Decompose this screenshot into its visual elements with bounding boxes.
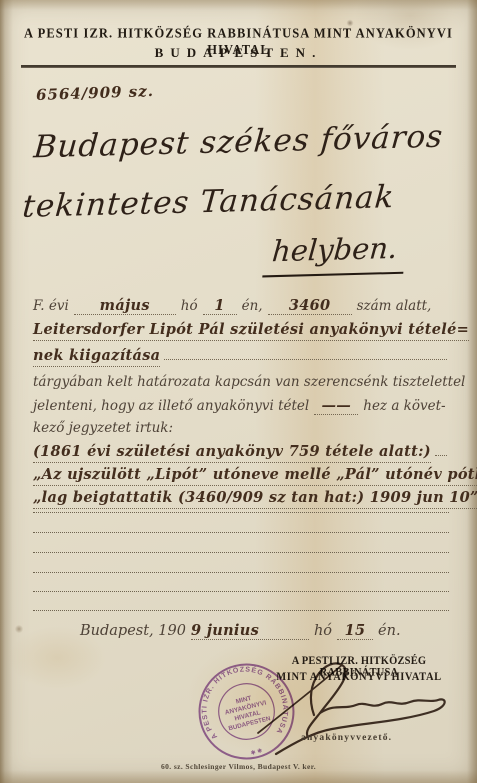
address-line1: Budapest székes főváros xyxy=(0,118,477,167)
registrar-signature xyxy=(224,655,460,761)
handwritten-subject-line2: nek kiigazítása xyxy=(33,347,160,367)
printed-f-evi: F. évi xyxy=(33,298,69,314)
printed-paragraph-3: kező jegyzetet irtuk: xyxy=(33,420,173,436)
handwritten-month: május xyxy=(74,297,176,315)
printed-paragraph-2a: jelenteni, hogy az illető anyakönyvi tét… xyxy=(33,398,309,414)
letterhead-line2: BUDAPESTEN. xyxy=(0,45,477,61)
ruled-line-rest xyxy=(435,455,447,456)
handwritten-subject-line1: Leitersdorfer Lipót Pál születési anyakö… xyxy=(33,321,469,341)
blank-ruled-line xyxy=(33,512,449,513)
ruled-line-rest xyxy=(164,359,447,360)
printed-en: én, xyxy=(242,298,263,314)
address-helyben: helyben. xyxy=(262,231,406,278)
form-row-printed-2: jelenteni, hogy az illető anyakönyvi tét… xyxy=(33,397,447,415)
signature-name-stroke xyxy=(276,699,445,754)
handwritten-note-line2: „Az ujszülött „Lipót” utóneve mellé „Pál… xyxy=(33,466,477,486)
signature-flourish-stroke xyxy=(258,665,342,733)
blank-ruled-line xyxy=(33,591,449,592)
form-row-date-number: F. évi május hó 1 én, 3460 szám alatt, xyxy=(33,297,447,315)
letterhead-rule xyxy=(21,65,456,68)
handwritten-dash-blank: —— xyxy=(314,397,358,415)
handwritten-year-month: 9 junius xyxy=(191,622,309,640)
blank-ruled-line xyxy=(33,532,449,533)
handwritten-case-number: 3460 xyxy=(268,297,352,315)
form-row-printed-1: tárgyában kelt határozata kapcsán van sz… xyxy=(33,374,447,390)
form-row-note-1: (1861 évi születési anyakönyv 759 tétele… xyxy=(33,443,447,463)
document-page: A PESTI IZR. HITKÖZSÉG RABBINÁTUSA MINT … xyxy=(0,0,477,783)
handwritten-note-line1: (1861 évi születési anyakönyv 759 tétele… xyxy=(33,443,431,463)
form-row-printed-3: kező jegyzetet irtuk: xyxy=(33,420,447,436)
printer-footer: 60. sz. Schlesinger Vilmos, Budapest V. … xyxy=(0,762,477,771)
handwritten-note-line3: „lag beigtattatik (3460/909 sz tan hat:)… xyxy=(33,489,477,509)
printed-budapest-190: Budapest, 190 xyxy=(80,623,186,639)
form-row-note-3: „lag beigtattatik (3460/909 sz tan hat:)… xyxy=(33,489,447,509)
reference-number: 6564/909 sz. xyxy=(36,82,155,104)
printed-ho: hó xyxy=(181,298,198,314)
form-row-note-2: „Az ujszülött „Lipót” utóneve mellé „Pál… xyxy=(33,466,447,486)
address-line3: helyben. xyxy=(0,231,407,285)
handwritten-day-2: 15 xyxy=(337,622,373,640)
blank-ruled-line xyxy=(33,610,449,611)
signature-title: anyakönyvvezető. xyxy=(301,733,392,743)
printed-paragraph-2b: hez a követ- xyxy=(363,398,445,414)
printed-szam-alatt: szám alatt, xyxy=(357,298,432,314)
handwritten-day: 1 xyxy=(203,297,237,315)
form-row-subject-2: nek kiigazítása xyxy=(33,347,447,367)
form-row-dateline: Budapest, 190 9 junius hó 15 én. xyxy=(33,622,447,640)
signature-loop-stroke xyxy=(307,663,346,737)
printed-paragraph-1: tárgyában kelt határozata kapcsán van sz… xyxy=(33,374,465,390)
address-line2: tekintetes Tanácsának xyxy=(0,178,418,225)
form-row-subject-1: Leitersdorfer Lipót Pál születési anyakö… xyxy=(33,321,447,341)
printed-en-2: én. xyxy=(378,623,401,639)
blank-ruled-line xyxy=(33,552,449,553)
printed-ho-2: hó xyxy=(314,623,332,639)
blank-ruled-line xyxy=(33,572,449,573)
